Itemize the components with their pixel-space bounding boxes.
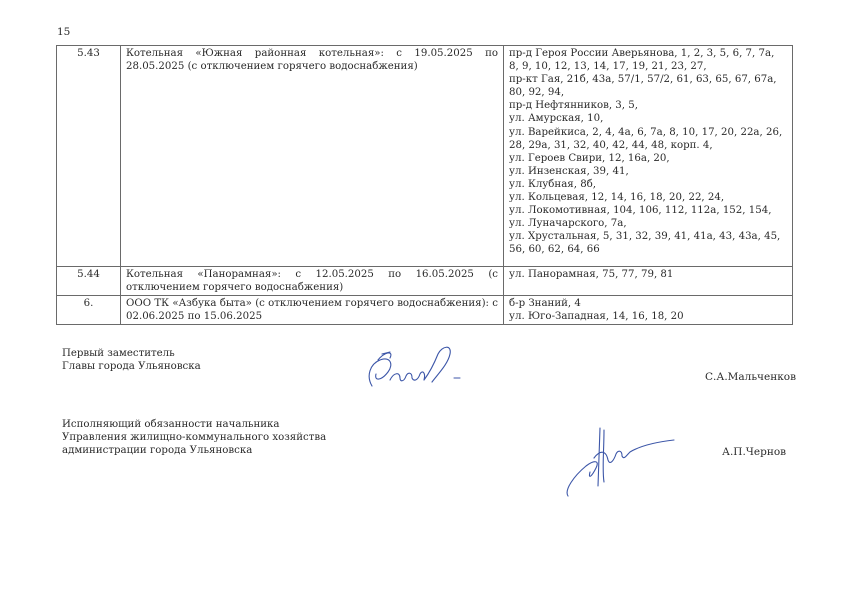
address-line: ул. Амурская, 10, [509,112,787,125]
address-line: ул. Хрустальная, 5, 31, 32, 39, 41, 41а,… [509,230,787,256]
title-line: администрации города Ульяновска [62,444,326,457]
row-description: ООО ТК «Азбука быта» (с отключением горя… [121,296,504,325]
handwritten-signature-1 [360,342,470,398]
signatory-2-name: А.П.Чернов [722,446,786,458]
address-line: ул. Варейкиса, 2, 4, 4а, 6, 7а, 8, 10, 1… [509,126,787,152]
address-line: пр-д Героя России Аверьянова, 1, 2, 3, 5… [509,47,787,73]
address-line: ул. Юго-Западная, 14, 16, 18, 20 [509,310,787,323]
table-row: 5.43 Котельная «Южная районная котельная… [57,46,793,267]
address-line: ул. Луначарского, 7а, [509,217,787,230]
address-line: б-р Знаний, 4 [509,297,787,310]
address-line: ул. Инзенская, 39, 41, [509,165,787,178]
signatory-1-name: С.А.Мальченков [705,371,796,383]
address-line: ул. Клубная, 8б, [509,178,787,191]
title-line: Главы города Ульяновска [62,360,201,373]
row-addresses: ул. Панорамная, 75, 77, 79, 81 [504,267,793,296]
table-row: 5.44 Котельная «Панорамная»: с 12.05.202… [57,267,793,296]
row-number: 5.44 [57,267,121,296]
signatory-2-title: Исполняющий обязанности начальника Управ… [62,418,326,458]
address-line: ул. Героев Свири, 12, 16а, 20, [509,152,787,165]
signatory-1-title: Первый заместитель Главы города Ульяновс… [62,347,201,373]
title-line: Первый заместитель [62,347,201,360]
row-addresses: б-р Знаний, 4 ул. Юго-Западная, 14, 16, … [504,296,793,325]
title-line: Исполняющий обязанности начальника [62,418,326,431]
row-number: 6. [57,296,121,325]
address-line: ул. Панорамная, 75, 77, 79, 81 [509,268,787,281]
table-row: 6. ООО ТК «Азбука быта» (с отключением г… [57,296,793,325]
address-line: ул. Кольцевая, 12, 14, 16, 18, 20, 22, 2… [509,191,787,204]
handwritten-signature-2 [560,420,680,502]
title-line: Управления жилищно-коммунального хозяйст… [62,431,326,444]
outage-table: 5.43 Котельная «Южная районная котельная… [56,45,793,325]
row-description: Котельная «Панорамная»: с 12.05.2025 по … [121,267,504,296]
address-line: ул. Локомотивная, 104, 106, 112, 112а, 1… [509,204,787,217]
row-number: 5.43 [57,46,121,267]
row-description: Котельная «Южная районная котельная»: с … [121,46,504,267]
address-line: пр-кт Гая, 21б, 43а, 57/1, 57/2, 61, 63,… [509,73,787,99]
row-addresses: пр-д Героя России Аверьянова, 1, 2, 3, 5… [504,46,793,267]
page-number: 15 [57,26,70,38]
address-line: пр-д Нефтянников, 3, 5, [509,99,787,112]
